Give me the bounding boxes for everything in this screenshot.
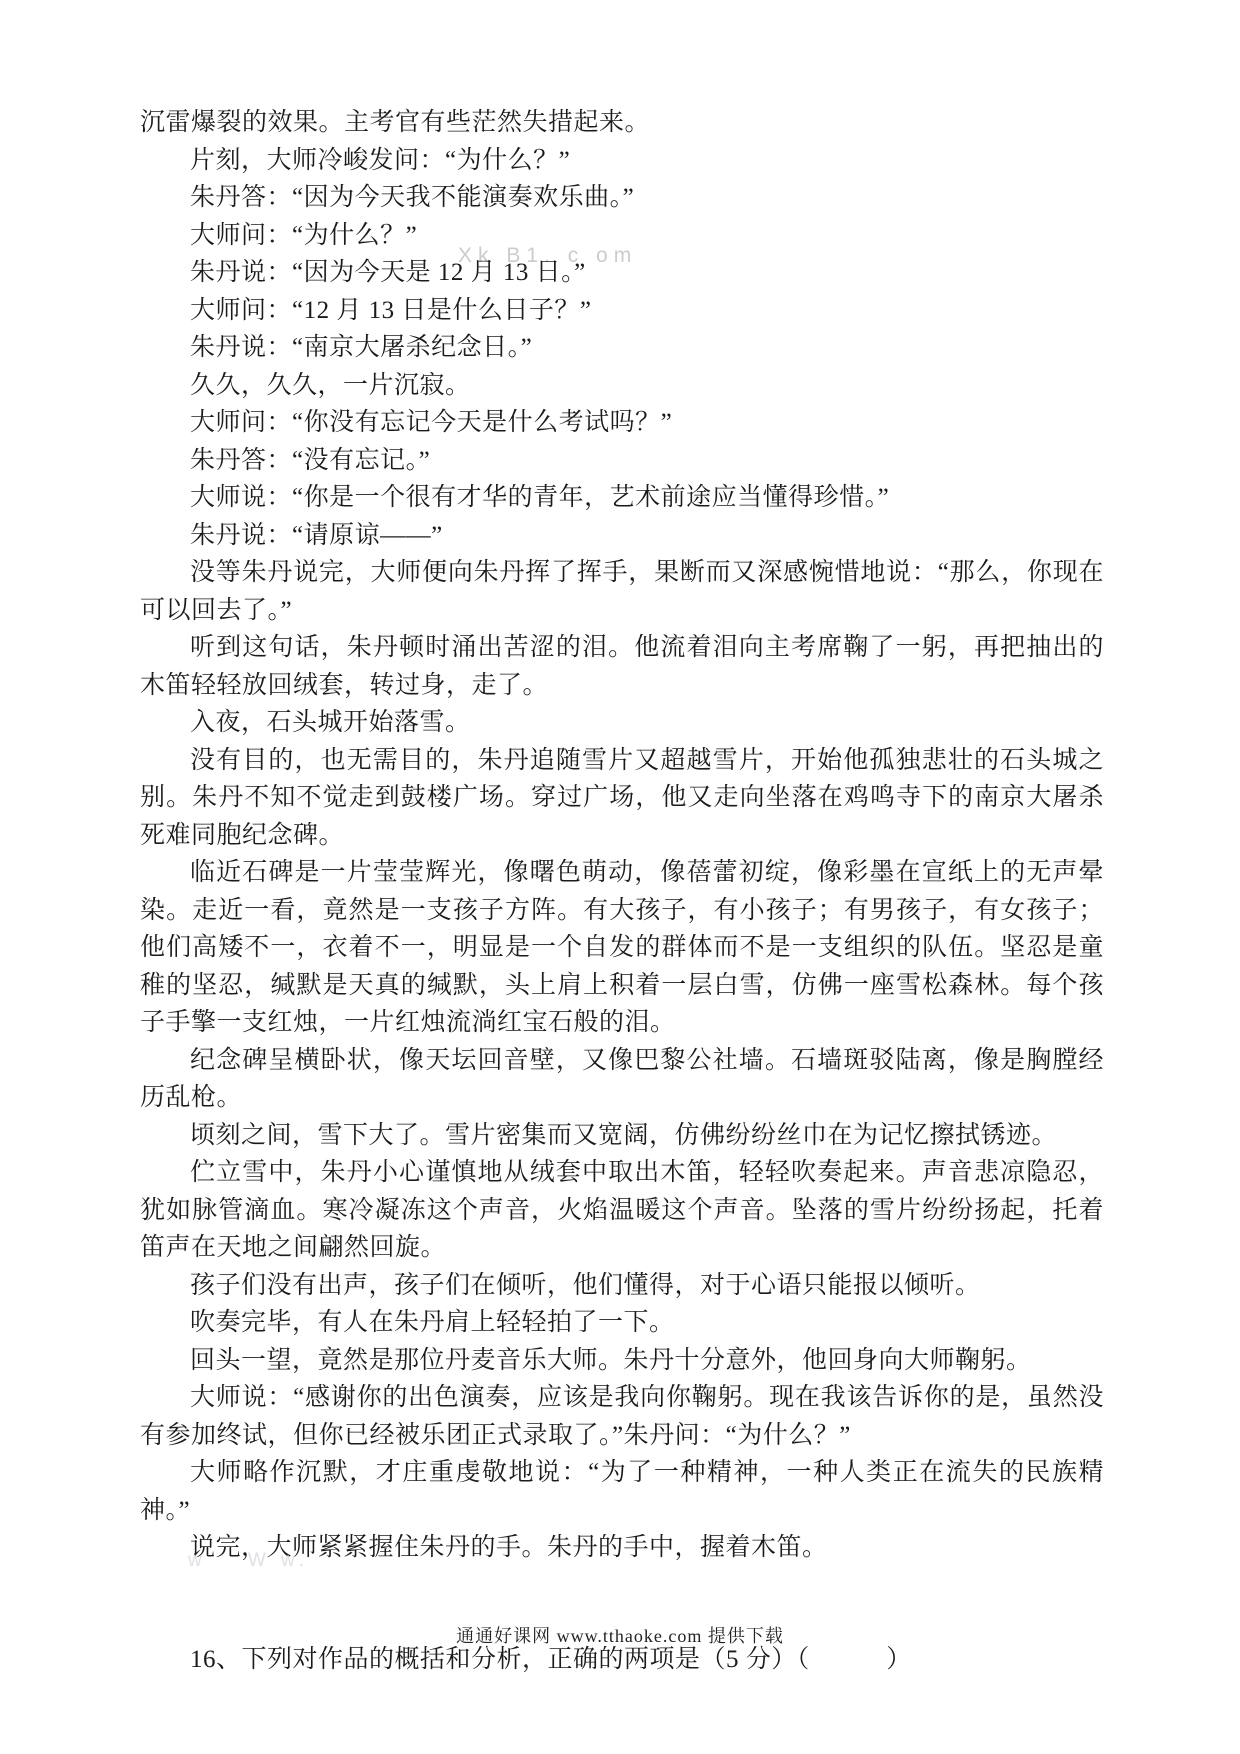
paragraph: 沉雷爆裂的效果。主考官有些茫然失措起来。: [140, 104, 1104, 142]
paragraph: 朱丹说：“因为今天是 12 月 13 日。”: [140, 254, 1104, 292]
paragraph: 大师问：“12 月 13 日是什么日子？”: [140, 292, 1104, 330]
paragraph: 片刻，大师冷峻发问：“为什么？”: [140, 142, 1104, 180]
paragraph: 没有目的，也无需目的，朱丹追随雪片又超越雪片，开始他孤独悲壮的石头城之别。朱丹不…: [140, 742, 1104, 855]
paragraph: 久久，久久，一片沉寂。: [140, 367, 1104, 405]
paragraph: 朱丹说：“请原谅——”: [140, 517, 1104, 555]
paragraph: 孩子们没有出声，孩子们在倾听，他们懂得，对于心语只能报以倾听。: [140, 1267, 1104, 1305]
paragraph: 朱丹答：“因为今天我不能演奏欢乐曲。”: [140, 179, 1104, 217]
paragraph: 朱丹答：“没有忘记。”: [140, 442, 1104, 480]
document-page: Xk B1. c om 沉雷爆裂的效果。主考官有些茫然失措起来。片刻，大师冷峻发…: [0, 0, 1240, 1754]
paragraph: 大师问：“为什么？”: [140, 217, 1104, 255]
footer-credit: 通通好课网 www.tthaoke.com 提供下载: [0, 1622, 1240, 1648]
paragraph: 吹奏完毕，有人在朱丹肩上轻轻拍了一下。: [140, 1304, 1104, 1342]
paragraph: 大师问：“你没有忘记今天是什么考试吗？”: [140, 404, 1104, 442]
passage: 沉雷爆裂的效果。主考官有些茫然失措起来。片刻，大师冷峻发问：“为什么？”朱丹答：…: [140, 104, 1104, 1567]
paragraph: 大师说：“你是一个很有才华的青年，艺术前途应当懂得珍惜。”: [140, 479, 1104, 517]
paragraph: 没等朱丹说完，大师便向朱丹挥了挥手，果断而又深感惋惜地说：“那么，你现在可以回去…: [140, 554, 1104, 629]
paragraph: 顷刻之间，雪下大了。雪片密集而又宽阔，仿佛纷纷丝巾在为记忆擦拭锈迹。: [140, 1117, 1104, 1155]
paragraph: 伫立雪中，朱丹小心谨慎地从绒套中取出木笛，轻轻吹奏起来。声音悲凉隐忍，犹如脉管滴…: [140, 1154, 1104, 1267]
paragraph: 大师略作沉默，才庄重虔敬地说：“为了一种精神，一种人类正在流失的民族精神。”: [140, 1454, 1104, 1529]
paragraph: 大师说：“感谢你的出色演奏，应该是我向你鞠躬。现在我该告诉你的是，虽然没有参加终…: [140, 1379, 1104, 1454]
paragraph: 纪念碑呈横卧状，像天坛回音壁，又像巴黎公社墙。石墙斑驳陆离，像是胸膛经历乱枪。: [140, 1042, 1104, 1117]
watermark-faint: w W w.: [188, 1550, 309, 1572]
paragraph: 临近石碑是一片莹莹辉光，像曙色萌动，像蓓蕾初绽，像彩墨在宣纸上的无声晕染。走近一…: [140, 854, 1104, 1042]
paragraph: 听到这句话，朱丹顿时涌出苦涩的泪。他流着泪向主考席鞠了一躬，再把抽出的木笛轻轻放…: [140, 629, 1104, 704]
paragraph: 回头一望，竟然是那位丹麦音乐大师。朱丹十分意外，他回身向大师鞠躬。: [140, 1342, 1104, 1380]
page-content: 沉雷爆裂的效果。主考官有些茫然失措起来。片刻，大师冷峻发问：“为什么？”朱丹答：…: [140, 104, 1104, 1678]
paragraph: 朱丹说：“南京大屠杀纪念日。”: [140, 329, 1104, 367]
paragraph: 入夜，石头城开始落雪。: [140, 704, 1104, 742]
